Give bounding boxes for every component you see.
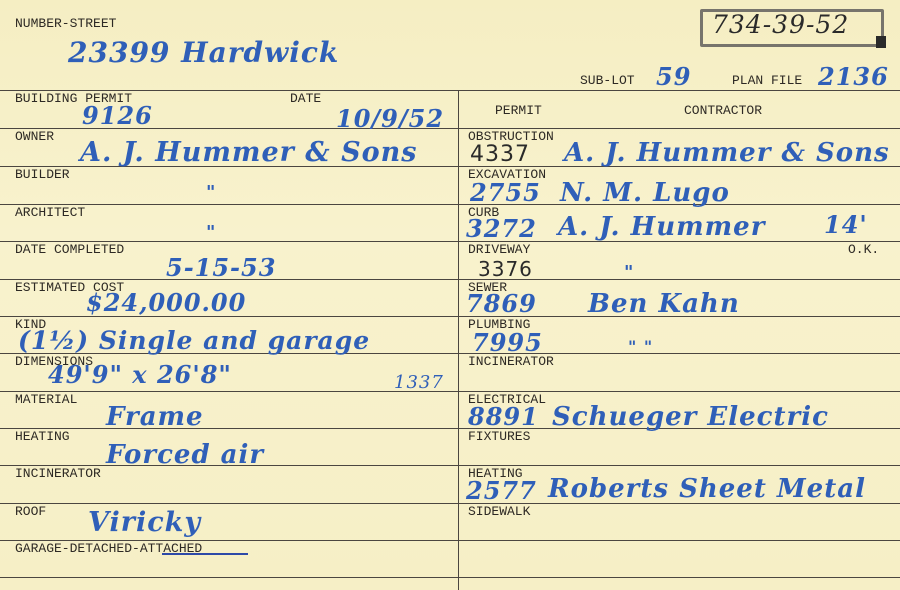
estimated-cost-value: $24,000.00 xyxy=(86,290,246,316)
driveway-contractor: " xyxy=(624,260,634,286)
owner-label: OWNER xyxy=(15,130,54,144)
garage-attached-underline xyxy=(162,553,248,555)
heating-contractor: Roberts Sheet Metal xyxy=(548,476,866,502)
column-divider xyxy=(458,90,459,590)
driveway-permit: 3376 xyxy=(478,256,533,282)
plumbing-permit: 7995 xyxy=(472,330,543,356)
date-value: 10/9/52 xyxy=(336,106,444,132)
kind-value: (1½) Single and garage xyxy=(18,328,370,354)
electrical-contractor: Schueger Electric xyxy=(552,404,829,430)
contractor-header: CONTRACTOR xyxy=(684,104,762,118)
driveway-label: DRIVEWAY xyxy=(468,243,530,257)
heating-permit: 2577 xyxy=(466,478,537,504)
material-label: MATERIAL xyxy=(15,393,77,407)
plumbing-contractor: " " xyxy=(628,334,653,360)
architect-label: ARCHITECT xyxy=(15,206,85,220)
date-completed-value: 5-15-53 xyxy=(166,255,276,281)
roof-value: Viricky xyxy=(88,510,201,536)
excavation-contractor: N. M. Lugo xyxy=(560,180,730,206)
heating-value: Forced air xyxy=(106,442,264,468)
excavation-permit: 2755 xyxy=(470,180,541,206)
electrical-permit: 8891 xyxy=(468,404,539,430)
driveway-note: O.K. xyxy=(848,243,879,257)
obstruction-contractor: A. J. Hummer & Sons xyxy=(564,140,890,166)
stamp-mark xyxy=(876,36,886,48)
sidewalk-label: SIDEWALK xyxy=(468,505,530,519)
curb-permit: 3272 xyxy=(466,216,537,242)
number-street-label: NUMBER-STREET xyxy=(15,17,116,31)
curb-note: 14' xyxy=(824,212,868,238)
dimensions-extra: 1337 xyxy=(394,370,444,396)
date-completed-label: DATE COMPLETED xyxy=(15,243,124,257)
material-value: Frame xyxy=(106,404,204,430)
roof-label: ROOF xyxy=(15,505,46,519)
rule xyxy=(0,279,900,280)
permit-header: PERMIT xyxy=(495,104,542,118)
building-permit-value: 9126 xyxy=(82,103,153,129)
obstruction-permit: 4337 xyxy=(470,142,530,168)
owner-value: A. J. Hummer & Sons xyxy=(80,140,417,166)
builder-label: BUILDER xyxy=(15,168,70,182)
rule xyxy=(0,204,900,205)
rule xyxy=(0,90,900,91)
incinerator-label: INCINERATOR xyxy=(15,467,101,481)
dimensions-value: 49'9" x 26'8" xyxy=(48,362,232,388)
architect-value: " xyxy=(206,220,216,246)
date-label: DATE xyxy=(290,92,321,106)
sub-lot-value: 59 xyxy=(656,64,691,90)
rule xyxy=(0,241,900,242)
curb-contractor: A. J. Hummer xyxy=(558,214,765,240)
number-street-value: 23399 Hardwick xyxy=(68,40,339,66)
plan-file-label: PLAN FILE xyxy=(732,74,802,88)
rule xyxy=(0,391,900,392)
incinerator-permit-label: INCINERATOR xyxy=(468,355,554,369)
plan-file-value: 2136 xyxy=(818,64,889,90)
sewer-contractor: Ben Kahn xyxy=(588,291,740,317)
fixtures-label: FIXTURES xyxy=(468,430,530,444)
permit-card: 734-39-52 NUMBER-STREET 23399 Hardwick S… xyxy=(0,0,900,590)
heating-label: HEATING xyxy=(15,430,70,444)
stamp-number: 734-39-52 xyxy=(712,12,849,38)
sub-lot-label: SUB-LOT xyxy=(580,74,635,88)
sewer-permit: 7869 xyxy=(466,291,537,317)
rule xyxy=(0,577,900,578)
builder-value: " xyxy=(206,180,216,206)
